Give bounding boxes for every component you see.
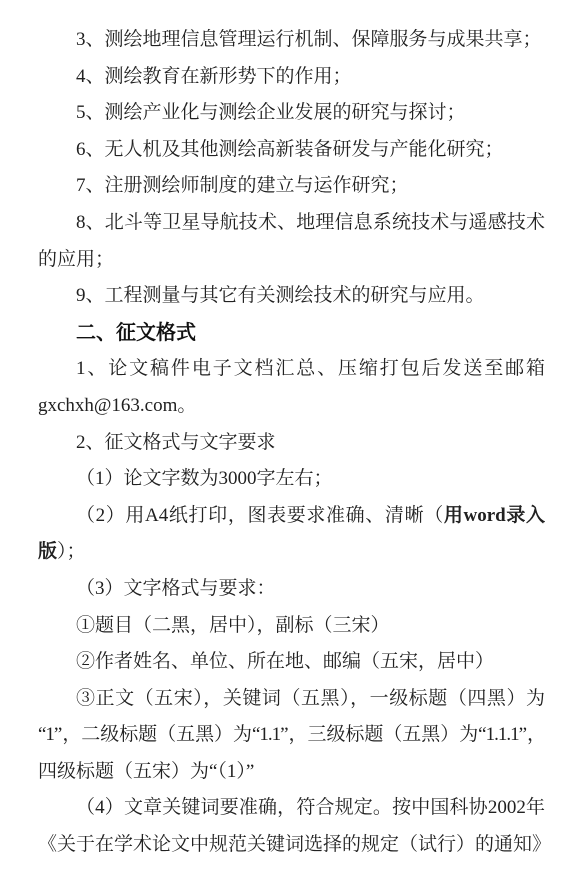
doc-line: ②作者姓名、单位、所在地、邮编（五宋，居中）: [38, 644, 545, 681]
doc-line: 1、论文稿件电子文档汇总、压缩打包后发送至邮箱: [38, 351, 545, 388]
doc-line: （1）论文字数为3000字左右；: [38, 461, 545, 498]
doc-line-email: gxchxh@163.com。: [38, 388, 545, 425]
doc-line: （2）用A4纸打印，图表要求准确、清晰（用word录入排: [38, 498, 545, 535]
doc-line: （4）文章关键词要准确，符合规定。按中国科协2002年: [38, 790, 545, 827]
doc-line: ①题目（二黑，居中），副标（三宋）: [38, 608, 545, 645]
doc-line: 4、测绘教育在新形势下的作用；: [38, 59, 545, 96]
section-heading: 二、征文格式: [38, 315, 545, 352]
doc-line: 3、测绘地理信息管理运行机制、保障服务与成果共享；: [38, 22, 545, 59]
doc-line: 的应用；: [38, 242, 545, 279]
doc-line: 《关于在学术论文中规范关键词选择的规定（试行）的通知》: [38, 827, 545, 864]
document-page: 3、测绘地理信息管理运行机制、保障服务与成果共享； 4、测绘教育在新形势下的作用…: [0, 0, 583, 870]
doc-line: “1”，二级标题（五黑）为“1.1”，三级标题（五黑）为“1.1.1”，: [38, 717, 545, 754]
doc-line: 版）；: [38, 534, 545, 571]
doc-text-bold: 版: [38, 541, 57, 562]
doc-text: ）；: [57, 541, 86, 562]
doc-line: 9、工程测量与其它有关测绘技术的研究与应用。: [38, 278, 545, 315]
doc-line: 6、无人机及其他测绘高新装备研发与产能化研究；: [38, 132, 545, 169]
doc-line: 2、征文格式与文字要求: [38, 425, 545, 462]
doc-line: 四级标题（五宋）为“（1）”: [38, 754, 545, 791]
doc-line: 7、注册测绘师制度的建立与运作研究；: [38, 168, 545, 205]
doc-line: 5、测绘产业化与测绘企业发展的研究与探讨；: [38, 95, 545, 132]
doc-line: ③正文（五宋），关键词（五黑），一级标题（四黑）为: [38, 681, 545, 718]
doc-text: （2）用A4纸打印，图表要求准确、清晰（: [76, 505, 444, 526]
doc-line: （3）文字格式与要求：: [38, 571, 545, 608]
doc-line: 8、北斗等卫星导航技术、地理信息系统技术与遥感技术: [38, 205, 545, 242]
